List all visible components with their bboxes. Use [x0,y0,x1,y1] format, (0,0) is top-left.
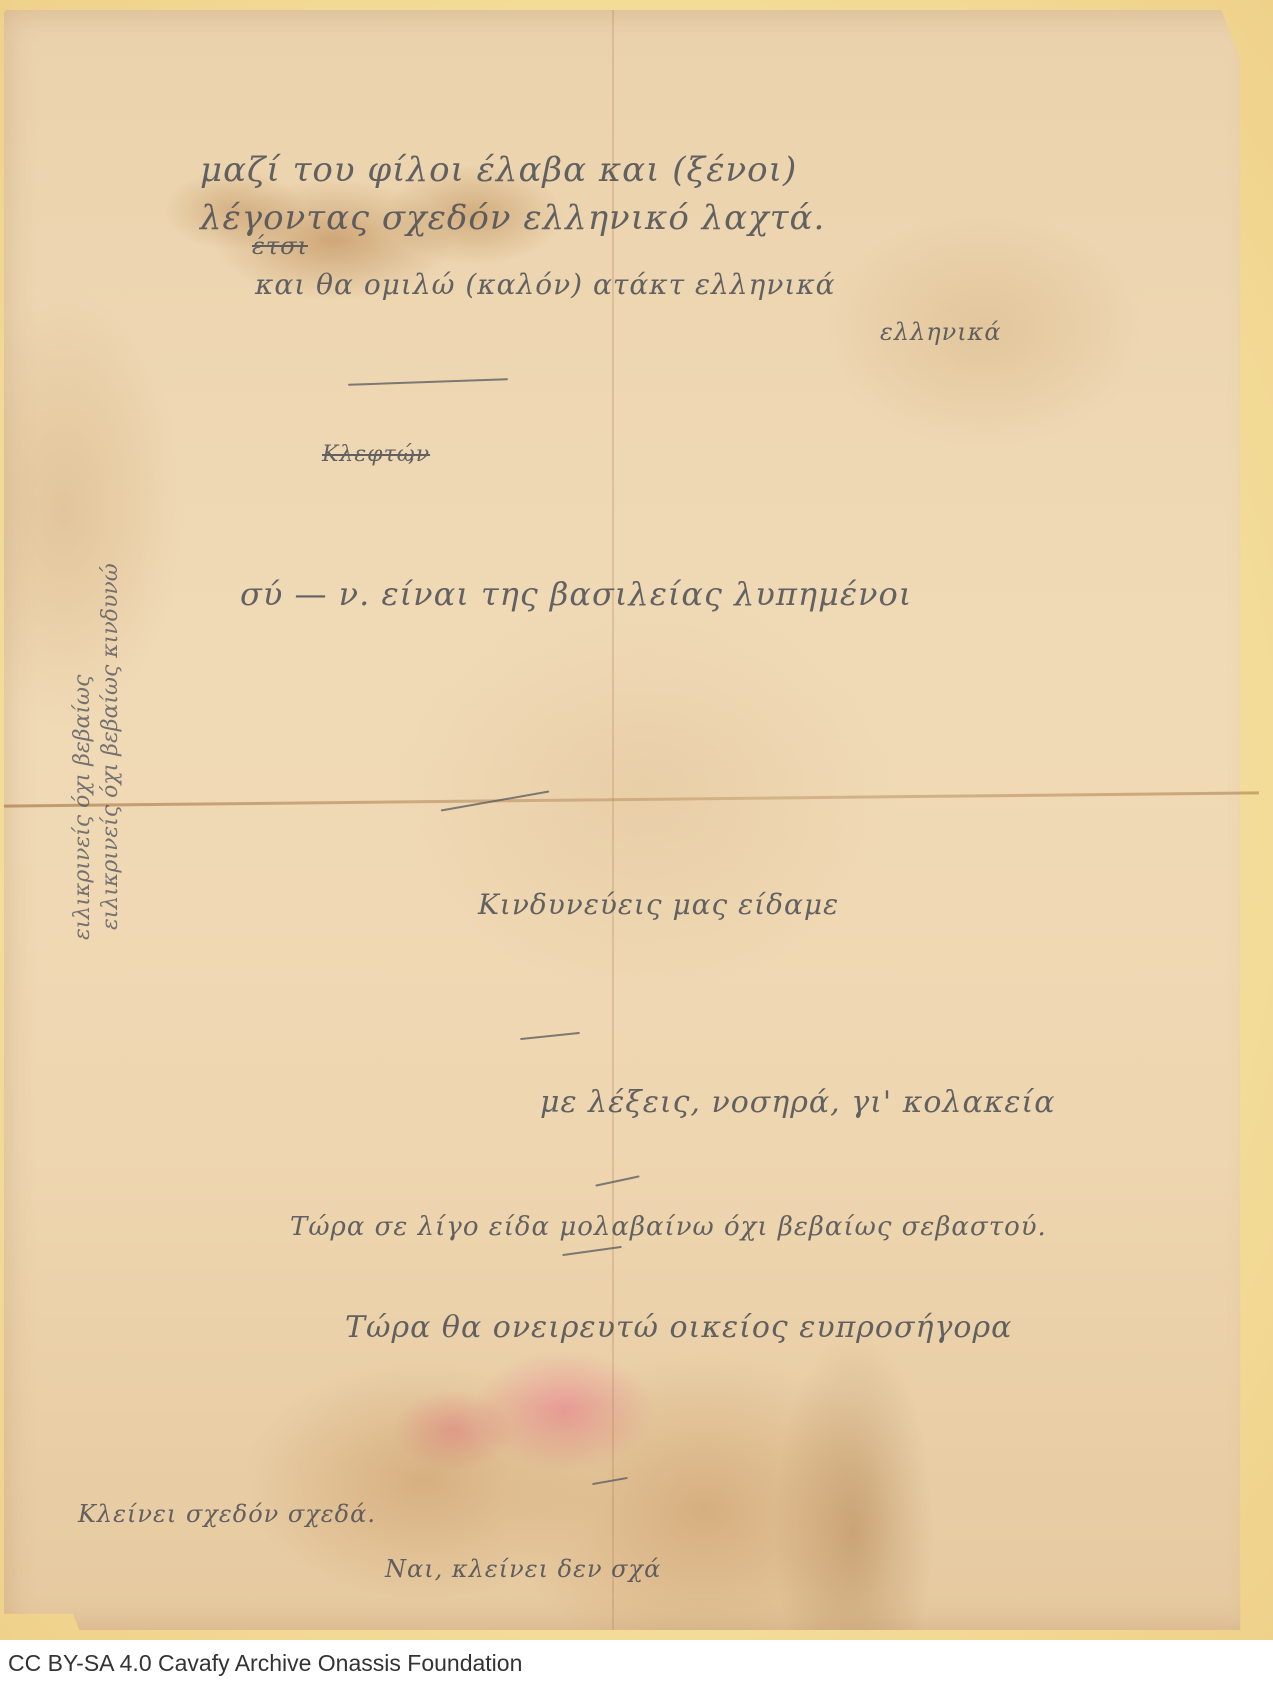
license-credit: CC BY-SA 4.0 Cavafy Archive Onassis Foun… [8,1650,522,1677]
manuscript-line-11: Τώρα θα ονειρευτώ οικείος ευπροσήγορα [345,1310,1012,1345]
manuscript-line-8: Κινδυνεύεις μας είδαμε [478,888,839,921]
manuscript-struck-word: έτσι [252,232,308,260]
vertical-fold-crease [612,10,614,1630]
manuscript-line-4: και θα ομιλώ (καλόν) ατάκτ ελληνικά [255,268,836,301]
manuscript-line-13: Ναι, κλείνει δεν σχά [385,1555,661,1583]
manuscript-line-5: ελληνικά [880,318,1002,346]
manuscript-line-1: μαζί του φίλοι έλαβα και (ξένοι) [200,150,797,190]
manuscript-line-9: με λέξεις, νοσηρά, γι' κολακεία [540,1085,1056,1120]
manuscript-comma: , [408,442,416,467]
margin-note-a: ειλικρινείς όχι βεβαίως [70,675,95,940]
margin-note-b: ειλικρινείς όχι βεβαίως κινδυνώ [98,563,123,930]
manuscript-sheet [4,10,1259,1630]
manuscript-line-7: σύ — ν. είναι της βασιλείας λυπημένοι [240,575,912,613]
manuscript-line-12: Κλείνει σχεδόν σχεδά. [78,1500,376,1528]
manuscript-line-10: Τώρα σε λίγο είδα μολαβαίνω όχι βεβαίως … [290,1212,1047,1242]
